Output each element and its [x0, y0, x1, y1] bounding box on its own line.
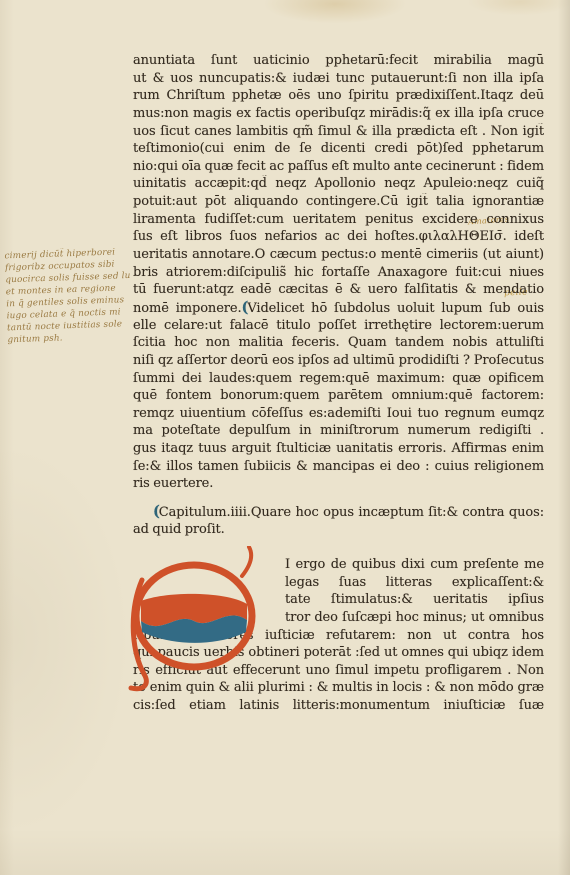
- main-text-block: anuntiata ſunt uaticinio pphetarū:fecit …: [133, 52, 544, 493]
- printed-text-line: nomē imponere.(Videlicet hō ſubdolus uol…: [133, 299, 544, 317]
- printed-text-line: liramenta fudiſſet:cum ueritatem penitus…: [133, 211, 544, 229]
- paragraph-mark-icon: (: [153, 503, 160, 520]
- chapter-heading-line: (Capitulum.iiii.Quare hoc opus incæptum …: [133, 503, 544, 521]
- printed-text-line: ma poteſtate depulſum in miniſtrorum num…: [133, 422, 544, 440]
- chapter-heading: (Capitulum.iiii.Quare hoc opus incæptum …: [133, 503, 544, 538]
- printed-text-line: I ergo de quibus dixi cum preſente me ac…: [285, 556, 544, 574]
- printed-text-line: anuntiata ſunt uaticinio pphetarū:fecit …: [133, 52, 544, 70]
- printed-text-line: ſe:& illos tamen ſubiicis & mancipas ei …: [133, 458, 544, 476]
- printed-text-line: bris atriorem:diſcipulis̃ hic fortaſſe A…: [133, 264, 544, 282]
- book-page: cimerij dicūt̃ hiperboreifrigoribz occup…: [0, 0, 570, 875]
- printed-text-line: ueritatis annotare.O cæcum pectus:o ment…: [133, 246, 544, 264]
- printed-text-line: ris efficiūt aut effecerunt uno ſimul im…: [133, 662, 544, 680]
- printed-text-line: elle celare:ut falacē titulo poſſet irre…: [133, 317, 544, 335]
- printed-text-line: cis:ſed etiam latinis litteris:monumentu…: [133, 697, 544, 715]
- printed-text-line: tate ſtimulatus:& ueritatis ipſius conſc…: [285, 591, 544, 609]
- printed-text-line: ſcitia hoc non malitia feceris. Quam tan…: [133, 334, 544, 352]
- printed-text-line: remqz uiuentium cōfeſſus es:ademiſti Iou…: [133, 405, 544, 423]
- printed-text-line: potuit:aut pōt aliquando contingere.Cū i…: [133, 193, 544, 211]
- printed-text-line: ſus eſt libros ſuos nefarios ac dei hoſt…: [133, 228, 544, 246]
- printed-text-line: tū fuerunt:atqz eadē cæcitas ē & uero fa…: [133, 281, 544, 299]
- printed-text-line: uos ſicut canes lambitis qm̃ ſimul & ill…: [133, 123, 544, 141]
- opening-paragraph: I ergo de quibus dixi cum preſente me ac…: [133, 556, 544, 715]
- printed-text-line: quē fontem bonorum:quem parētem omnium:q…: [133, 387, 544, 405]
- printed-text-line: qui paucis uerbis obtineri poterāt :ſed …: [133, 644, 544, 662]
- printed-text-line: uinitatis accæpit:qd̃ neqz Apollonio neq…: [133, 175, 544, 193]
- printed-text-line: gus itaqz tuus arguit ſtulticiæ uanitati…: [133, 440, 544, 458]
- printed-text-line: teſtimonio(cui enim de ſe dicenti credi …: [133, 140, 544, 158]
- printed-text-line: niſi qz aſſertor deorū eos ipſos ad ulti…: [133, 352, 544, 370]
- printed-text-line: ris euertere.: [133, 475, 544, 493]
- printed-text-line: legas ſuas litteras explicaſſent:& illor…: [285, 574, 544, 592]
- printed-text-line: ribus accuſatores iuſticiæ refutarem: no…: [133, 627, 544, 645]
- printed-text-line: ut & uos nuncupatis:& iudæi tunc putauer…: [133, 70, 544, 88]
- printed-text-line: rum Chriſtum pphetæ oēs uno ſpiritu præd…: [133, 87, 544, 105]
- printed-text-line: nio:qui oīa quæ fecit ac paſſus eſt mult…: [133, 158, 544, 176]
- printed-text-line: ſummi dei laudes:quem regem:quē maximum:…: [133, 370, 544, 388]
- printed-text-line: tror deo ſuſcæpi hoc minus; ut omnibus i…: [285, 609, 544, 627]
- paragraph-mark-icon: (: [242, 299, 249, 316]
- marginal-annotation: cimerij dicūt̃ hiperboreifrigoribz occup…: [4, 246, 141, 347]
- printed-text-line: to enim quin & alii plurimi : & multis i…: [133, 679, 544, 697]
- printed-text-line: mus:non magis ex factis operibuſqz mirād…: [133, 105, 544, 123]
- chapter-heading-line: ad quid proſit.: [133, 521, 544, 539]
